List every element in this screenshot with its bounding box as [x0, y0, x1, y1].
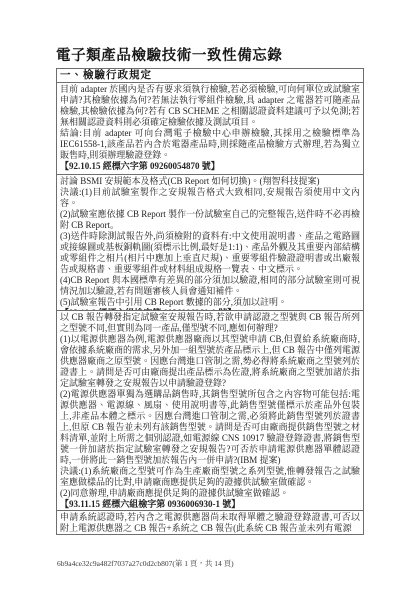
document-hash: 6b9a4ce32c9a482f7037a27c0d2cb807 — [57, 559, 172, 568]
item-paragraph: 目前 adapter 於國內是否有要求須執行檢驗,若必須檢驗,可向何單位或試驗室… — [60, 84, 360, 128]
memo-item: 申請系統認證時,若內含之電源供應器尚未取得單體之驗證登錄證書,可否以附上電源供應… — [57, 511, 363, 534]
item-paragraph: 以 CB 報告轉發指定試驗室安規報告時,若欲申請認證之型號與 CB 報告所列之型… — [60, 312, 360, 334]
item-paragraph: (5)試驗室報告中引用 CB Report 數據的部分,須加以註明。 — [60, 297, 360, 308]
section-header: 一、檢驗行政規定 — [57, 69, 363, 83]
page-footer: 6b9a4ce32c9a482f7037a27c0d2cb807(第 1 頁，共… — [57, 558, 234, 569]
memo-item: 以 CB 報告轉發指定試驗室安規報告時,若欲申請認證之型號與 CB 報告所列之型… — [57, 311, 363, 511]
item-reference: 【93.11.15 經標六組檢字第 0936006930-1 號】 — [60, 499, 360, 510]
page-number: (第 1 頁，共 14 頁) — [172, 559, 233, 568]
item-paragraph: (2)電源供應器單獨為選購品銷售時,其銷售型號所包含之內容物可能包括:電源供應器… — [60, 389, 360, 466]
document-page: 電子類產品檢驗技術一致性備忘錄 一、檢驗行政規定 目前 adapter 於國內是… — [0, 0, 420, 593]
item-paragraph: 決議:(1)系統廠商之型號可作為生產廠商型號之系列型號,惟轉發報告之試驗室應做樣… — [60, 466, 360, 488]
item-paragraph: (2)試驗室應依據 CB Report 製作一份試驗室自己的完整報告,送件時不必… — [60, 209, 360, 231]
memo-table: 一、檢驗行政規定 目前 adapter 於國內是否有要求須執行檢驗,若必須檢驗,… — [56, 68, 364, 535]
memo-item: 討論 BSMI 安規範本及格式(CB Report 如何切換)。(翔智科技提案)… — [57, 175, 363, 311]
item-paragraph: 申請系統認證時,若內含之電源供應器尚未取得單體之驗證登錄證書,可否以附上電源供應… — [60, 512, 360, 534]
page-title: 電子類產品檢驗技術一致性備忘錄 — [56, 44, 283, 65]
item-paragraph: (1)以電源供應器為例,電源供應器廠商以其型號申請 CB,但賣給系統廠商時,會依… — [60, 334, 360, 389]
item-paragraph: 結論:目前 adapter 可向台灣電子檢驗中心申辦檢驗,其採用之檢驗標準為IE… — [60, 128, 360, 161]
item-paragraph: (2)同意辦理,申請廠商應提供足夠的證據供試驗室做確認。 — [60, 488, 360, 499]
item-paragraph: 決議:(1)目前試驗室製作之安規報告格式大致相同,安規報告須使用中文內容。 — [60, 187, 360, 209]
item-reference: 【92.10.15 經標六字第 09260054870 號】 — [60, 161, 360, 172]
item-paragraph: (3)送件時除測試報告外,尚須檢附的資料有:中文使用說明書、產品之電路圖或接線圖… — [60, 231, 360, 275]
memo-item: 目前 adapter 於國內是否有要求須執行檢驗,若必須檢驗,可向何單位或試驗室… — [57, 83, 363, 175]
item-paragraph: (4)CB Report 與本國標準有差異的部分須加以驗證,相同的部分試驗室則可… — [60, 275, 360, 297]
item-paragraph: 討論 BSMI 安規範本及格式(CB Report 如何切換)。(翔智科技提案) — [60, 176, 360, 187]
